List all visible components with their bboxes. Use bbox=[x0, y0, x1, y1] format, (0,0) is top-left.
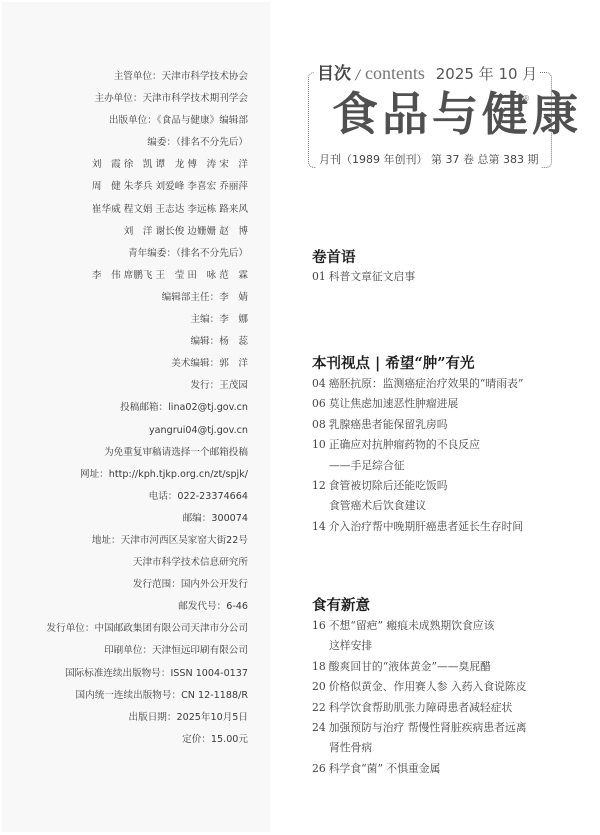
masthead-board-members-1: 刘 霞 徐 凯 谭 龙 傅 涛 宋 洋 bbox=[2, 154, 248, 176]
masthead-cn: 国内统一连续出版物号：CN 12-1188/R bbox=[2, 685, 248, 707]
masthead-editorial-board-label: 编委：（排名不分先后） bbox=[2, 132, 248, 154]
toc-item[interactable]: 16不想“留疤” 瘢痕未成熟期饮食应该 bbox=[312, 616, 597, 636]
contents-label-cn: 目次 bbox=[317, 64, 351, 84]
masthead-phone: 电话：022-23374664 bbox=[2, 486, 248, 508]
masthead-issn: 国际标准连续出版物号：ISSN 1004-0137 bbox=[2, 663, 248, 685]
issue-date: 2025 年 10 月 bbox=[436, 65, 538, 83]
toc-item[interactable]: 18酸爽回甘的“液体黄金”——臭屁醋 bbox=[312, 657, 597, 677]
toc-item[interactable]: 06莫让焦虑加速恶性肿瘤进展 bbox=[312, 394, 597, 414]
section-title-viewpoint: 本刊视点 | 希望“肿”有光 bbox=[312, 352, 475, 373]
masthead-website[interactable]: 网址：http://kph.tjkp.org.cn/zt/spjk/ bbox=[2, 464, 248, 486]
toc-item-continuation[interactable]: 食管癌术后饮食建议 bbox=[312, 496, 597, 516]
masthead-publisher: 出版单位：《食品与健康》编辑部 bbox=[2, 110, 248, 132]
toc-item[interactable]: 12食管被切除后还能吃饭吗 bbox=[312, 476, 597, 496]
masthead-address-institute: 天津市科学技术信息研究所 bbox=[2, 552, 248, 574]
toc-item-continuation[interactable]: ——手足综合征 bbox=[312, 456, 597, 476]
masthead-distributor: 发行单位：中国邮政集团有限公司天津市分公司 bbox=[2, 618, 248, 640]
masthead-youth-board-members: 李 伟 席鹏飞 王 莹 田 咏 范 霖 bbox=[2, 265, 248, 287]
masthead-submission-email[interactable]: 投稿邮箱：lina02@tj.gov.cn bbox=[2, 397, 248, 419]
masthead-printer: 印刷单位：天津恒远印刷有限公司 bbox=[2, 640, 248, 662]
toc-list-preface: 01科普文章征文启事 bbox=[312, 267, 597, 287]
toc-item[interactable]: 24加强预防与治疗 帮慢性肾脏疾病患者远离 bbox=[312, 718, 597, 738]
magazine-title: 食品与健康 bbox=[332, 88, 582, 140]
registered-mark-icon: ® bbox=[522, 94, 530, 103]
masthead-postcode: 邮编：300074 bbox=[2, 508, 248, 530]
toc-item[interactable]: 26科学食“菌” 不惧重金属 bbox=[312, 759, 597, 779]
masthead-submission-email-2[interactable]: yangrui04@tj.gov.cn bbox=[2, 420, 248, 442]
masthead-panel: 主管单位：天津市科学技术协会 主办单位：天津市科学技术期刊学会 出版单位：《食品… bbox=[2, 2, 270, 832]
table-of-contents: 目次 / contents 2025 年 10 月 食品与健康 ® 月刊（198… bbox=[300, 0, 600, 835]
masthead-board-members-4: 刘 洋 谢长俊 边姗姗 赵 博 bbox=[2, 221, 248, 243]
logo-header: 目次 / contents 2025 年 10 月 bbox=[314, 64, 540, 85]
toc-item[interactable]: 08乳腺癌患者能保留乳房吗 bbox=[312, 415, 597, 435]
masthead-distribution-scope: 发行范围：国内外公开发行 bbox=[2, 574, 248, 596]
toc-item[interactable]: 04癌胚抗原：监测癌症治疗效果的“晴雨表” bbox=[312, 374, 597, 394]
toc-item-continuation[interactable]: 肾性骨病 bbox=[312, 738, 597, 758]
toc-list-food-innovation: 16不想“留疤” 瘢痕未成熟期饮食应该 这样安排 18酸爽回甘的“液体黄金”——… bbox=[312, 616, 597, 779]
masthead-submission-note: 为免重复审稿请选择一个邮箱投稿 bbox=[2, 442, 248, 464]
masthead-art-editor: 美术编辑：郭 洋 bbox=[2, 353, 248, 375]
masthead-distribution: 发行：王茂园 bbox=[2, 375, 248, 397]
masthead-board-members-3: 崔华威 程文娟 王志达 李远栋 路来风 bbox=[2, 199, 248, 221]
toc-item[interactable]: 10正确应对抗肿瘤药物的不良反应 bbox=[312, 435, 597, 455]
slash-divider: / bbox=[356, 68, 360, 83]
toc-item[interactable]: 22科学饮食帮助肌张力障碍患者减轻症状 bbox=[312, 698, 597, 718]
masthead-postal-code: 邮发代号：6-46 bbox=[2, 596, 248, 618]
issue-info: 月刊（1989 年创刊） 第 37 卷 总第 383 期 bbox=[316, 152, 541, 168]
toc-item[interactable]: 14介入治疗帮中晚期肝癌患者延长生存时间 bbox=[312, 517, 597, 537]
masthead-youth-board-label: 青年编委：（排名不分先后） bbox=[2, 243, 248, 265]
masthead-office-director: 编辑部主任：李 婧 bbox=[2, 287, 248, 309]
toc-item[interactable]: 20价格似黄金、作用赛人参 入药入食说陈皮 bbox=[312, 677, 597, 697]
masthead-publish-date: 出版日期：2025年10月5日 bbox=[2, 707, 248, 729]
masthead-organizer: 主办单位：天津市科学技术期刊学会 bbox=[2, 88, 248, 110]
section-title-food-innovation: 食有新意 bbox=[312, 594, 370, 615]
masthead-price: 定价：15.00元 bbox=[2, 729, 248, 751]
masthead-editor: 编辑：杨 蕊 bbox=[2, 331, 248, 353]
masthead-board-members-2: 周 健 朱孝兵 刘爱峰 李喜宏 乔丽萍 bbox=[2, 176, 248, 198]
section-title-preface: 卷首语 bbox=[312, 246, 356, 267]
masthead-address: 地址：天津市河西区吴家窑大街22号 bbox=[2, 530, 248, 552]
masthead-editor-in-chief: 主编：李 娜 bbox=[2, 309, 248, 331]
masthead-sponsor: 主管单位：天津市科学技术协会 bbox=[2, 66, 248, 88]
contents-label-en: contents bbox=[365, 63, 425, 83]
toc-item-continuation[interactable]: 这样安排 bbox=[312, 636, 597, 656]
masthead-info: 主管单位：天津市科学技术协会 主办单位：天津市科学技术期刊学会 出版单位：《食品… bbox=[2, 66, 270, 751]
toc-item[interactable]: 01科普文章征文启事 bbox=[312, 267, 597, 287]
toc-list-viewpoint: 04癌胚抗原：监测癌症治疗效果的“晴雨表” 06莫让焦虑加速恶性肿瘤进展 08乳… bbox=[312, 374, 597, 537]
